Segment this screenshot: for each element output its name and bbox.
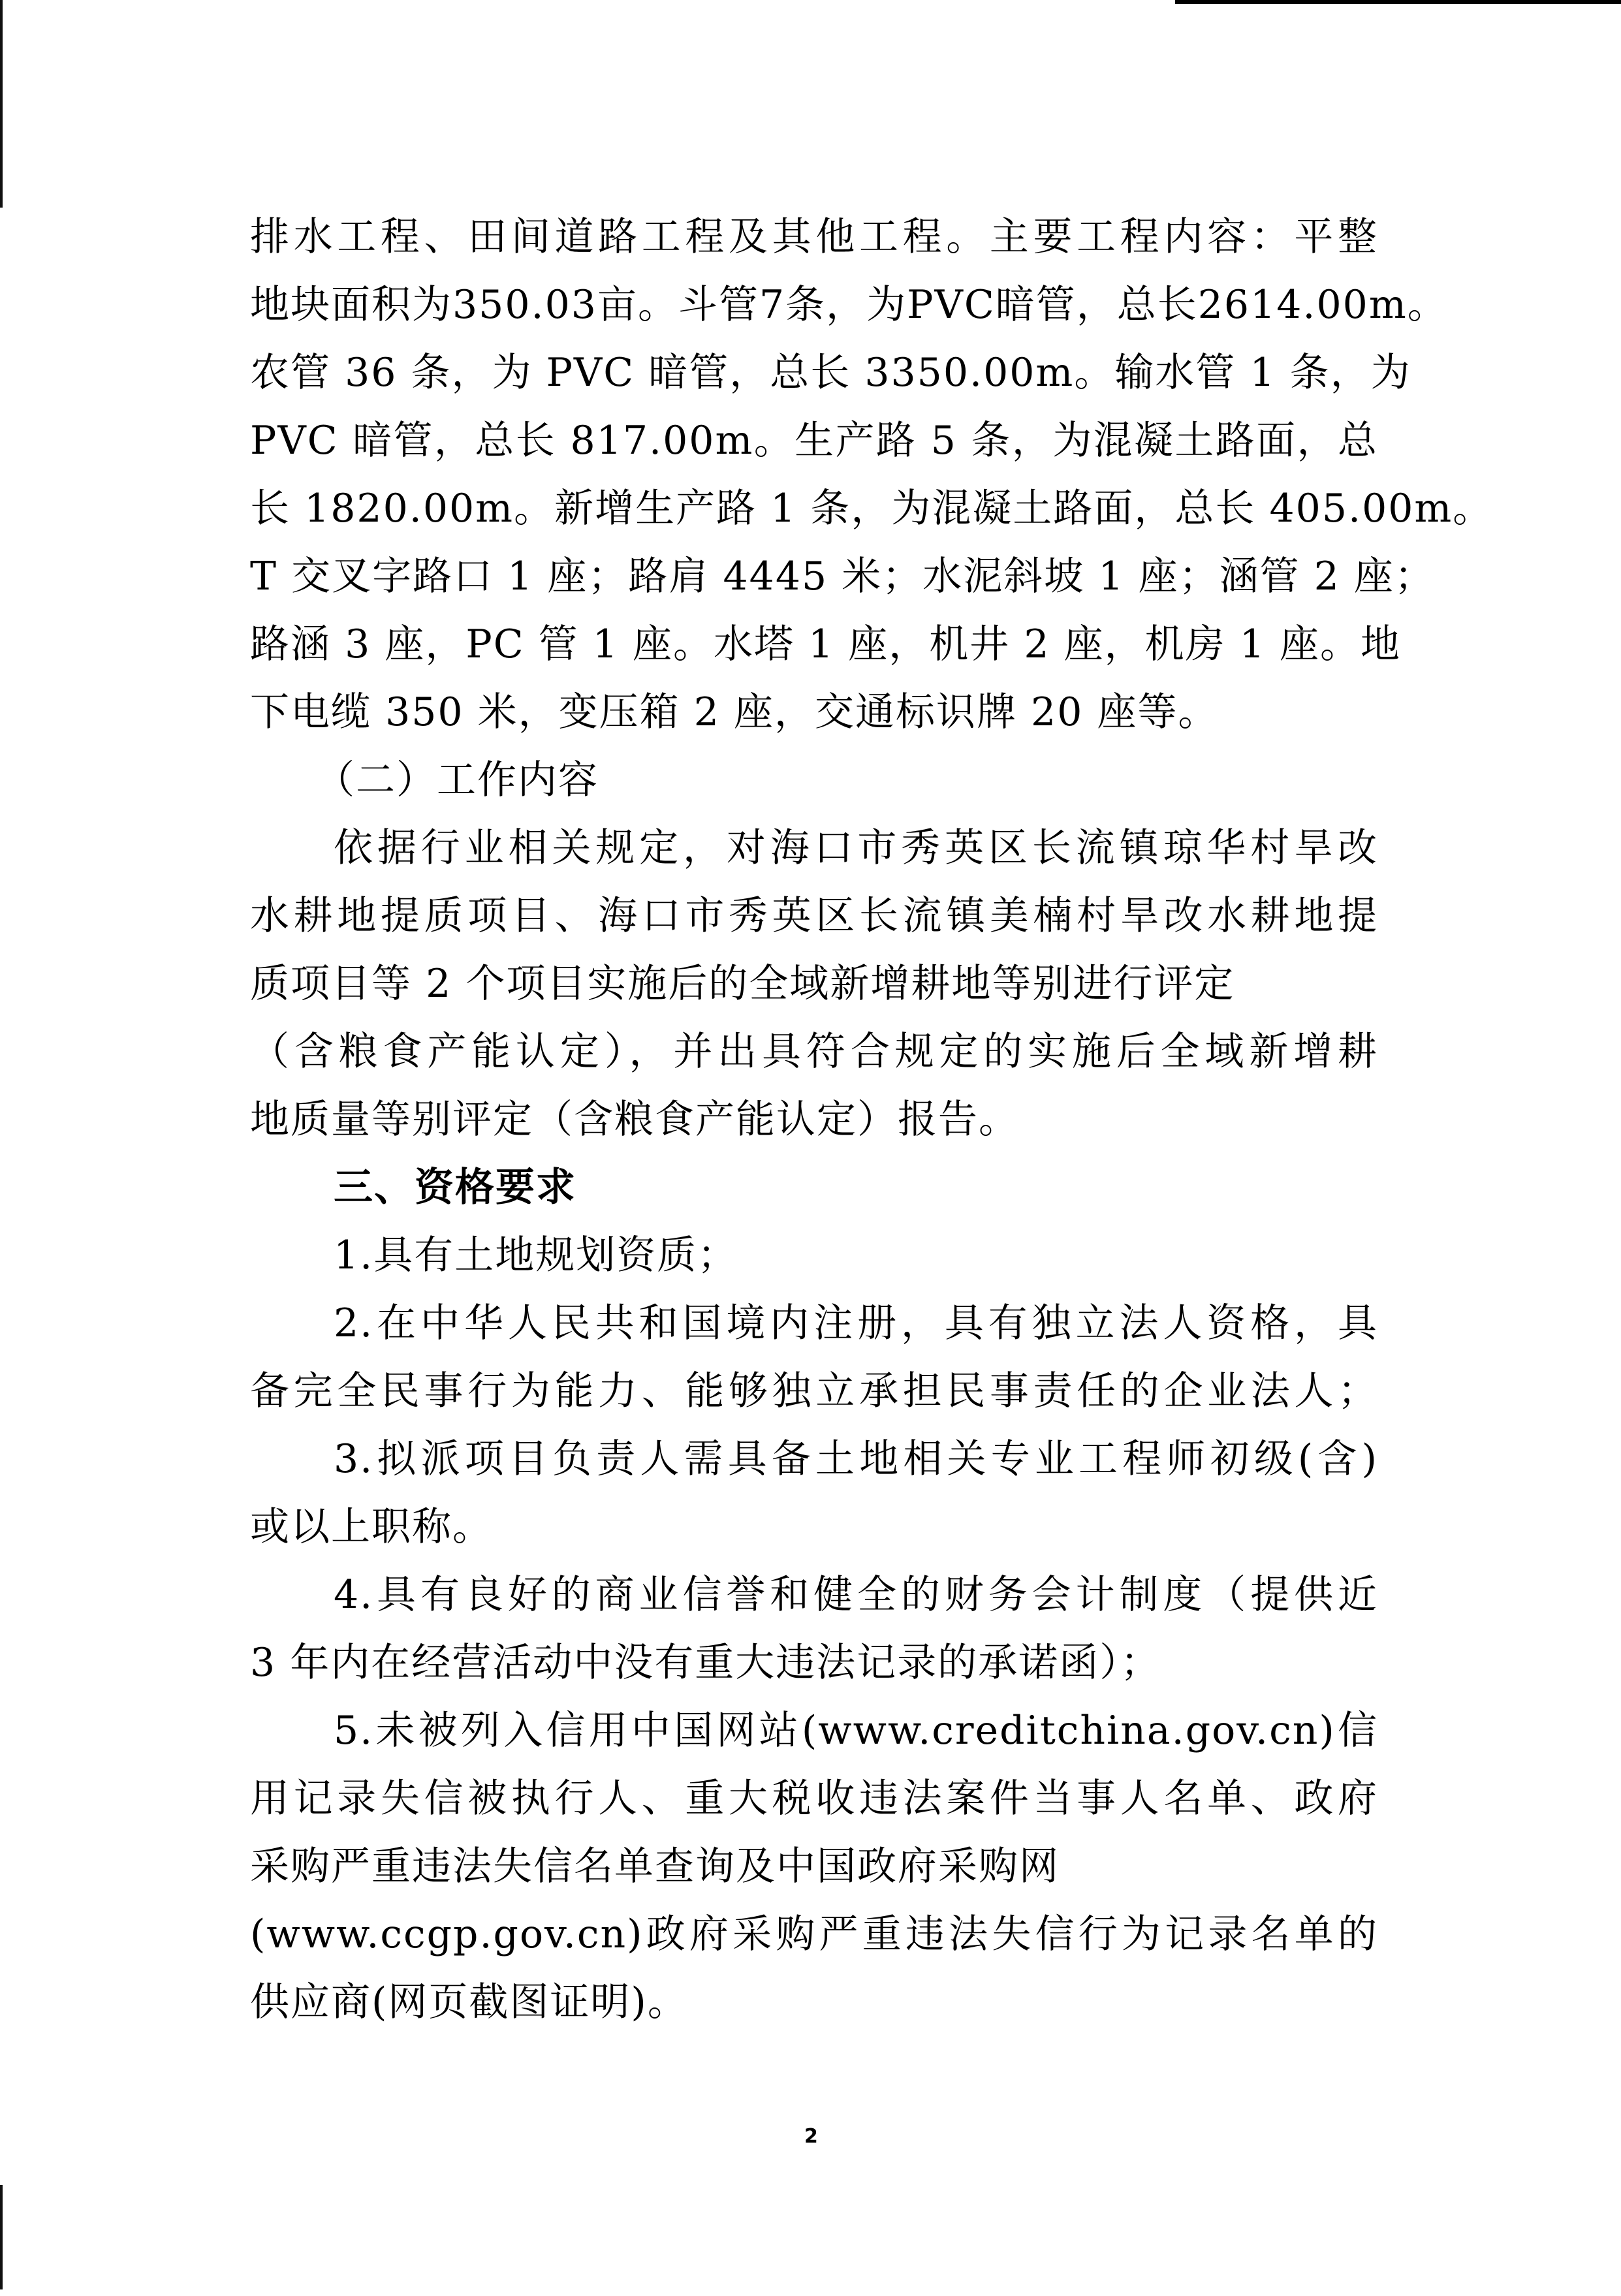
body-line: 地质量等别评定（含粮食产能认定）报告。 xyxy=(250,1090,1019,1158)
body-line: 下电缆 350 米，变压箱 2 座，交通标识牌 20 座等。 xyxy=(250,683,1218,751)
body-line: 质项目等 2 个项目实施后的全域新增耕地等别进行评定 xyxy=(250,954,1235,1022)
qualification-item-4-cont: 3 年内在经营活动中没有重大违法记录的承诺函）； xyxy=(250,1633,1161,1701)
qualification-item-5-cont: (www.ccgp.gov.cn)政府采购严重违法失信行为记录名单的 xyxy=(250,1905,1378,1973)
section-heading-qualification: 三、资格要求 xyxy=(250,1158,576,1226)
body-line: （含粮食产能认定），并出具符合规定的实施后全域新增耕 xyxy=(250,1022,1378,1090)
body-line: T 交叉字路口 1 座；路肩 4445 米；水泥斜坡 1 座；涵管 2 座； xyxy=(250,547,1378,615)
section-heading-work-content: （二）工作内容 xyxy=(250,751,599,819)
qualification-item-4: 4.具有良好的商业信誉和健全的财务会计制度（提供近 xyxy=(250,1565,1378,1633)
scan-border-left-bottom xyxy=(0,2185,3,2289)
body-line: 农管 36 条，为 PVC 暗管，总长 3350.00m。输水管 1 条，为 xyxy=(250,343,1378,411)
qualification-item-1: 1.具有土地规划资质； xyxy=(250,1226,738,1294)
body-line: 路涵 3 座，PC 管 1 座。水塔 1 座，机井 2 座，机房 1 座。地 xyxy=(250,615,1378,683)
qualification-item-2: 2.在中华人民共和国境内注册，具有独立法人资格，具 xyxy=(250,1294,1378,1362)
body-line: PVC 暗管，总长 817.00m。生产路 5 条，为混凝土路面，总 xyxy=(250,411,1378,479)
body-line: 依据行业相关规定，对海口市秀英区长流镇琼华村旱改 xyxy=(250,819,1378,887)
body-line: 长 1820.00m。新增生产路 1 条，为混凝土路面，总长 405.00m。 xyxy=(250,479,1378,547)
qualification-item-5-cont: 采购严重违法失信名单查询及中国政府采购网 xyxy=(250,1837,1060,1905)
body-line: 水耕地提质项目、海口市秀英区长流镇美楠村旱改水耕地提 xyxy=(250,887,1378,954)
qualification-item-5: 5.未被列入信用中国网站(www.creditchina.gov.cn)信 xyxy=(250,1701,1378,1769)
qualification-item-3: 3.拟派项目负责人需具备土地相关专业工程师初级(含) xyxy=(250,1430,1378,1498)
qualification-item-5-cont: 供应商(网页截图证明)。 xyxy=(250,1973,688,2041)
qualification-item-5-cont: 用记录失信被执行人、重大税收违法案件当事人名单、政府 xyxy=(250,1769,1378,1837)
scan-border-top xyxy=(1175,0,1621,4)
scan-border-left xyxy=(0,0,3,208)
page-number: 2 xyxy=(804,2125,818,2148)
qualification-item-3-cont: 或以上职称。 xyxy=(250,1498,493,1565)
qualification-item-2-cont: 备完全民事行为能力、能够独立承担民事责任的企业法人； xyxy=(250,1362,1378,1430)
body-line: 排水工程、田间道路工程及其他工程。主要工程内容：平整 xyxy=(250,208,1378,275)
body-line: 地块面积为350.03亩。斗管7条，为PVC暗管，总长2614.00m。 xyxy=(250,275,1378,343)
